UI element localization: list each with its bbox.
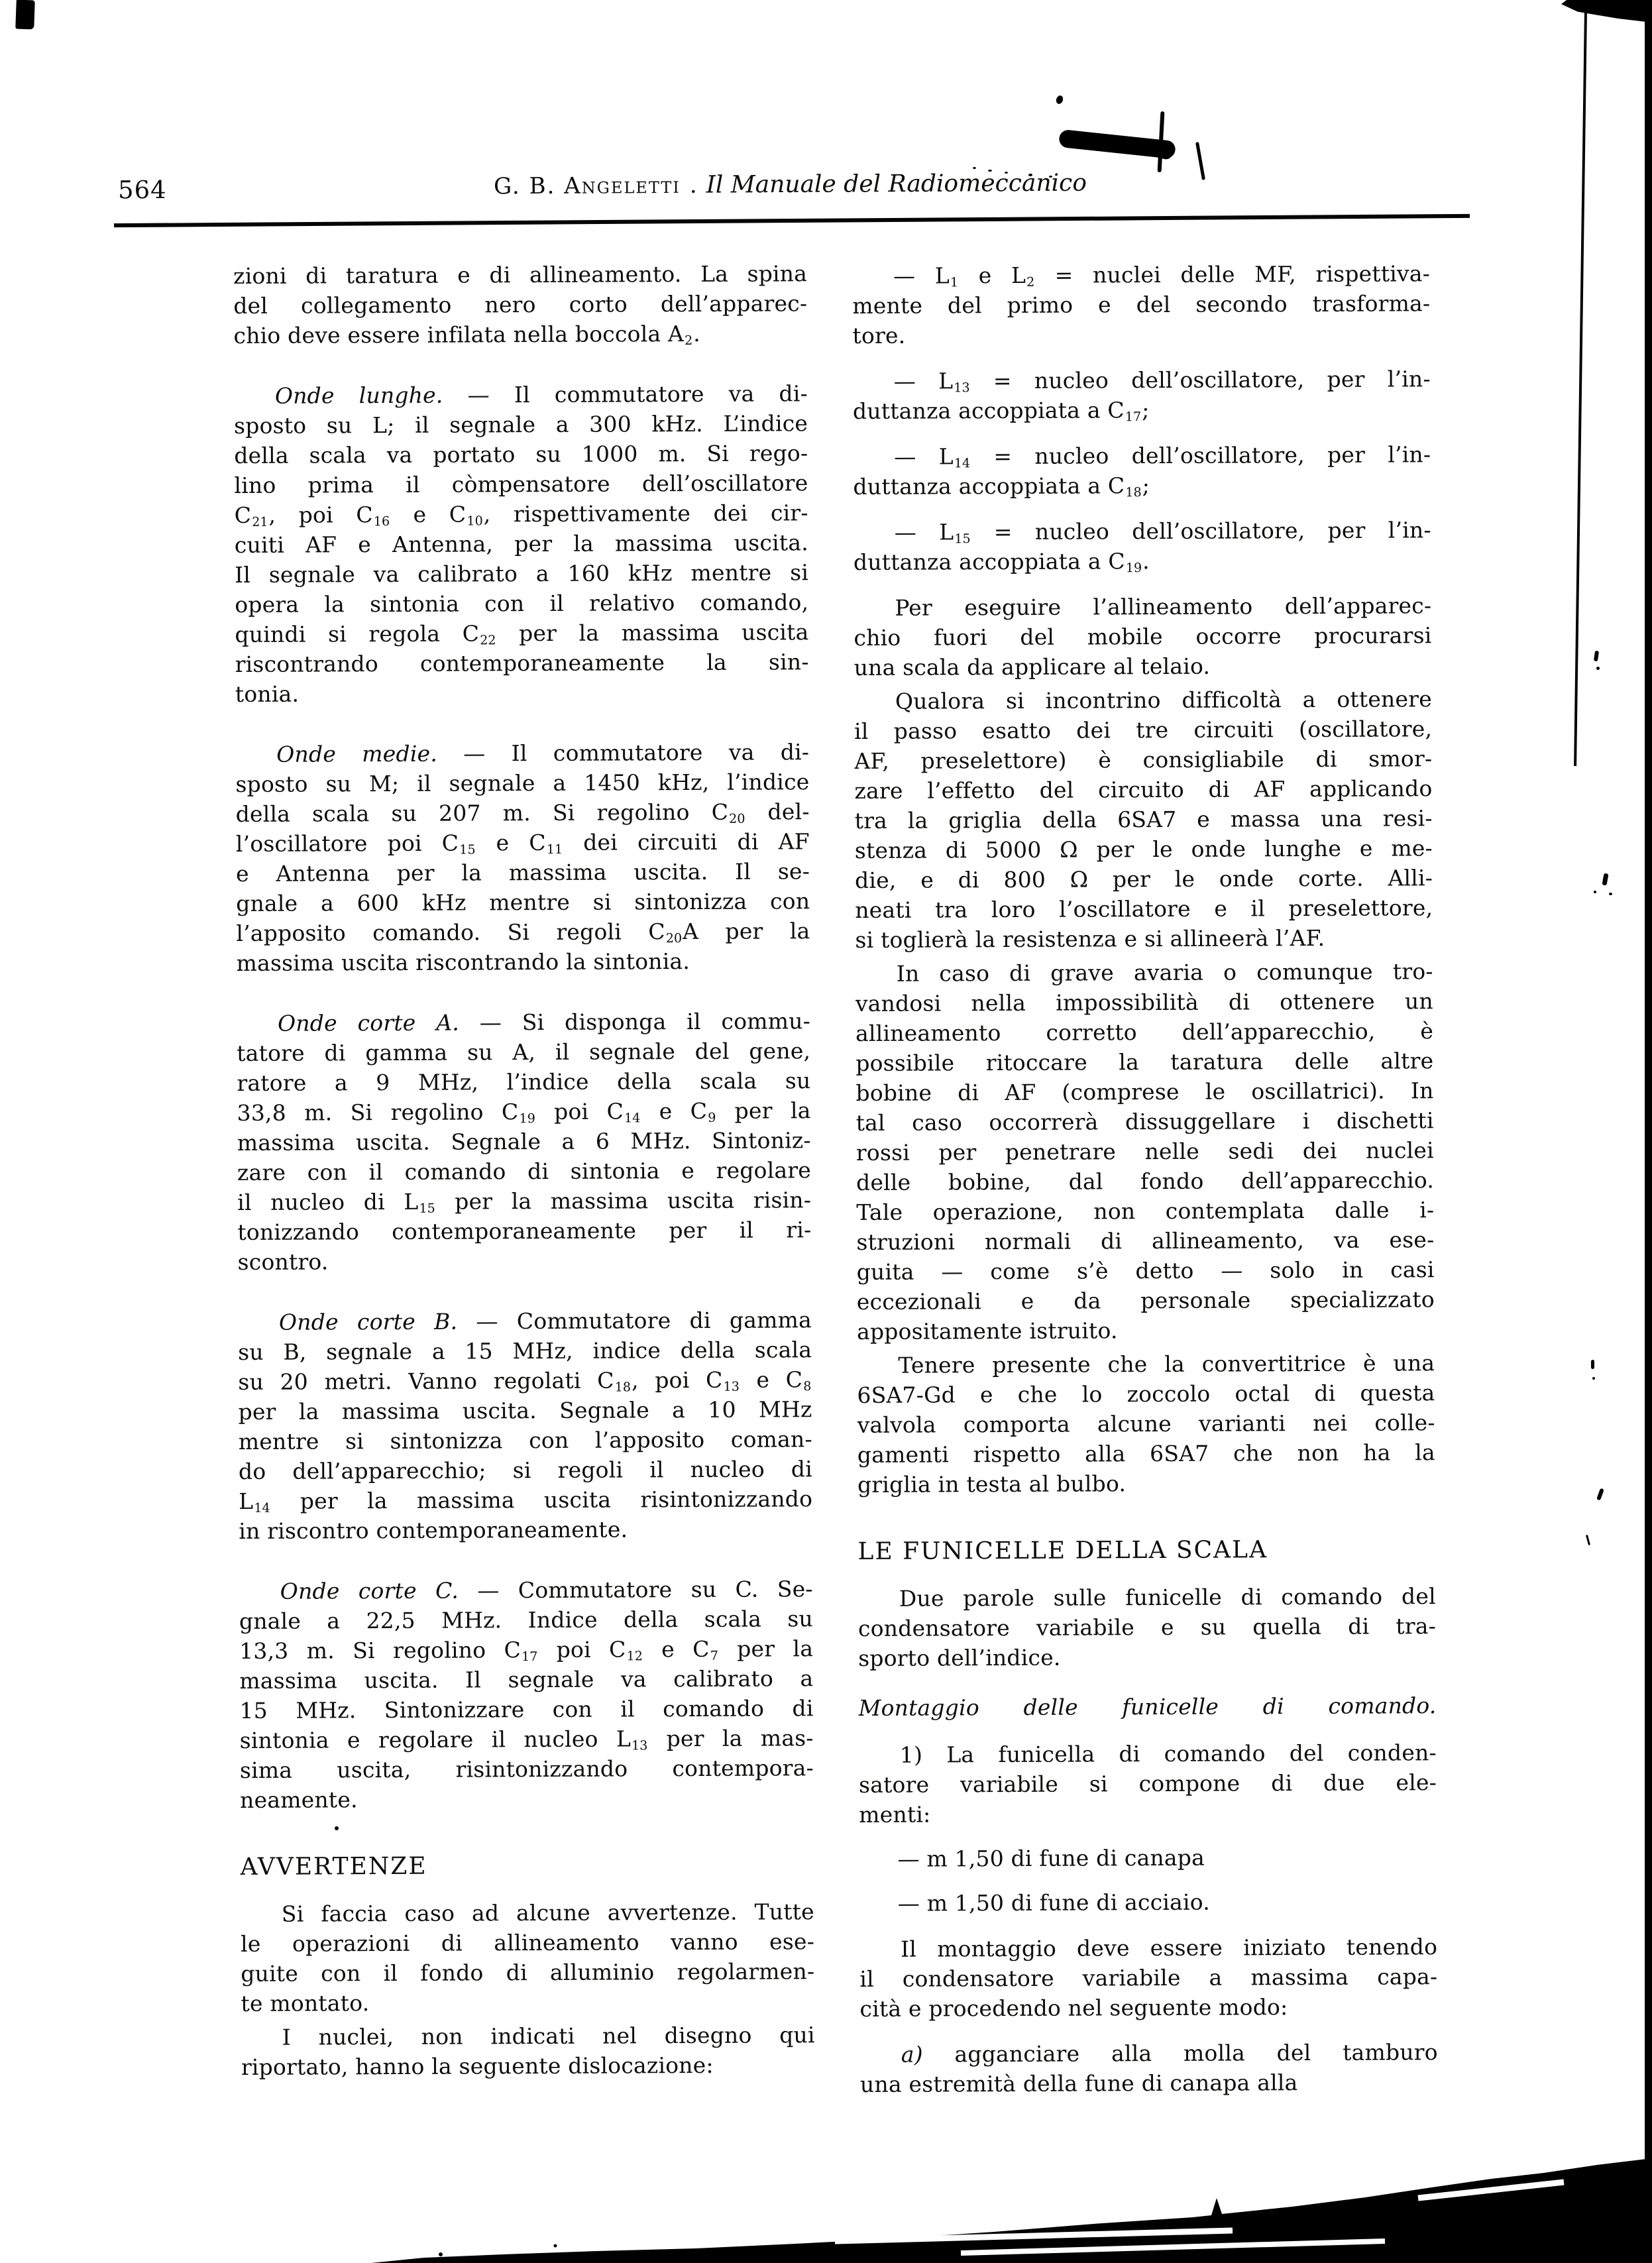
text-line: tore. xyxy=(852,318,1430,351)
text-line: te montato. xyxy=(241,1986,814,2018)
text-line: quindi si regola C22 per la massima usci… xyxy=(235,617,808,649)
text-line: — m 1,50 di fune di acciaio. xyxy=(859,1886,1437,1918)
text-line: stenza di 5000 Ω per le onde lunghe e me… xyxy=(855,833,1433,865)
text-block-def: — L1 e L2 = nuclei delle MF, rispettiva-… xyxy=(852,258,1431,351)
text-block-pg: 1) La funicella di comando del conden-sa… xyxy=(859,1738,1437,1830)
text-line: zare con il comando di sintonia e regola… xyxy=(237,1155,811,1187)
text-block-h: LE FUNICELLE DELLA SCALA xyxy=(857,1534,1435,1567)
text-line: condensatore variabile e su quella di tr… xyxy=(858,1611,1436,1643)
text-line: Si faccia caso ad alcune avvertenze. Tut… xyxy=(241,1897,814,1929)
text-block-hi: Montaggio delle funicelle di comando. xyxy=(858,1690,1436,1723)
text-line: a) agganciare alla molla del tamburo xyxy=(860,2037,1438,2070)
text-line: C21, poi C16 e C10, rispettivamente dei … xyxy=(235,498,808,530)
text-line: le operazioni di allineamento vanno ese- xyxy=(241,1926,814,1959)
text-line: e Antenna per la massima uscita. Il se- xyxy=(236,856,810,889)
page-header: 564 G. B. Angeletti.Il Manuale del Radio… xyxy=(113,165,1468,209)
scan-edge-strip-right xyxy=(1645,0,1652,2263)
text-line: rossi per penetrare nelle sedi dei nucle… xyxy=(856,1135,1434,1168)
text-line: Qualora si incontrino difficoltà a otten… xyxy=(854,684,1432,716)
text-line: valvola comporta alcune varianti nei col… xyxy=(857,1407,1435,1440)
text-line: sintonia e regolare il nucleo L13 per la… xyxy=(240,1723,814,1755)
text-line: una scala da applicare al telaio. xyxy=(854,650,1432,683)
text-block-ps: Onde corte C. — Commutatore su C. Se-gna… xyxy=(239,1574,814,1815)
text-line: Onde corte B. — Commutatore di gamma xyxy=(238,1305,812,1337)
text-line: gamenti rispetto alla 6SA7 che non ha la xyxy=(857,1437,1435,1470)
text-line: tonizzando contemporaneamente per il ri- xyxy=(237,1215,811,1247)
text-line: — L14 = nucleo dell’oscillatore, per l’i… xyxy=(853,439,1431,472)
text-line: si toglierà la resistenza e si allineerà… xyxy=(855,922,1433,955)
text-block-li: — m 1,50 di fune di acciaio. xyxy=(859,1886,1437,1918)
margin-speck xyxy=(1602,873,1608,886)
text-block-p0: zioni di taratura e di allineamento. La … xyxy=(233,258,808,351)
margin-speck xyxy=(1596,667,1600,670)
text-line: appositamente istruito. xyxy=(857,1314,1435,1347)
text-line: riscontrando contemporaneamente la sin- xyxy=(235,647,809,679)
header-separator: . xyxy=(690,172,697,199)
text-line: della scala va portato su 1000 m. Si reg… xyxy=(234,438,808,470)
text-line: In caso di grave avaria o comunque tro- xyxy=(855,956,1433,989)
text-line: possibile ritoccare la taratura delle al… xyxy=(855,1046,1433,1078)
text-line: massima uscita. Segnale a 6 MHz. Sintoni… xyxy=(237,1125,811,1158)
text-line: sposto su L; il segnale a 300 kHz. L’ind… xyxy=(234,408,808,441)
text-line: il nucleo di L15 per la massima uscita r… xyxy=(237,1185,811,1217)
text-line: allineamento corretto dell’apparecchio, … xyxy=(855,1016,1433,1048)
text-block-pg: a) agganciare alla molla del tamburouna … xyxy=(860,2037,1438,2099)
margin-speck xyxy=(1609,893,1612,895)
text-line: l’oscillatore poi C15 e C11 dei circuiti… xyxy=(236,826,810,859)
text-line: Onde lunghe. — Il commutatore va di- xyxy=(234,378,808,411)
text-line: L14 per la massima uscita risintonizzand… xyxy=(239,1484,812,1516)
text-line: Tenere presente che la convertitrice è u… xyxy=(857,1348,1435,1380)
text-line: massima uscita riscontrando la sintonia. xyxy=(237,946,810,978)
header-rule xyxy=(114,214,1470,227)
text-line: su 20 metri. Vanno regolati C18, poi C13… xyxy=(238,1364,812,1397)
column-right: — L1 e L2 = nuclei delle MF, rispettiva-… xyxy=(852,258,1438,2099)
text-block-pg: Per eseguire l’allineamento dell’apparec… xyxy=(854,590,1432,683)
margin-speck xyxy=(1592,1377,1595,1380)
text-block-ps: Onde medie. — Il commutatore va di-spost… xyxy=(235,737,810,978)
text-line: neamente. xyxy=(240,1783,814,1815)
text-line: lino prima il còmpensatore dell’oscillat… xyxy=(234,468,808,500)
text-block-p: Qualora si incontrino difficoltà a otten… xyxy=(854,684,1433,955)
text-line: zioni di taratura e di allineamento. La … xyxy=(233,258,807,291)
text-line: mente del primo e del secondo trasforma- xyxy=(852,288,1430,321)
text-line: della scala su 207 m. Si regolino C20 de… xyxy=(236,797,810,829)
text-line: — L1 e L2 = nuclei delle MF, rispettiva- xyxy=(852,258,1430,291)
header-author: G. B. Angeletti xyxy=(494,172,681,199)
text-block-def: — L14 = nucleo dell’oscillatore, per l’i… xyxy=(853,439,1431,502)
text-line: 15 MHz. Sintonizzare con il comando di xyxy=(239,1693,813,1726)
text-line: Montaggio delle funicelle di comando. xyxy=(858,1690,1436,1723)
text-line: gnale a 22,5 MHz. Indice della scala su xyxy=(239,1604,813,1636)
text-line: Il montaggio deve essere iniziato tenend… xyxy=(859,1932,1437,1964)
text-line: sima uscita, risintonizzando contempora- xyxy=(240,1753,814,1785)
margin-speck xyxy=(1594,651,1599,662)
scan-shadow-bottom xyxy=(0,2157,1652,2263)
text-line: il passo esatto dei tre circuiti (oscill… xyxy=(854,714,1432,746)
text-line: guita — come s’è detto — solo in casi xyxy=(857,1254,1435,1287)
text-line: 13,3 m. Si regolino C17 poi C12 e C7 per… xyxy=(239,1633,813,1666)
text-line: mentre si sintonizza con l’apposito coma… xyxy=(239,1424,812,1457)
margin-speck xyxy=(1596,1488,1604,1501)
text-line: satore variabile si compone di due ele- xyxy=(859,1767,1437,1800)
text-line: cuiti AF e Antenna, per la massima uscit… xyxy=(235,527,808,560)
running-title: G. B. Angeletti.Il Manuale del Radiomecc… xyxy=(113,168,1468,202)
text-line: riportato, hanno la seguente dislocazion… xyxy=(241,2050,815,2082)
text-line: duttanza accoppiata a C17; xyxy=(853,394,1431,426)
margin-speck xyxy=(1594,891,1596,893)
text-line: duttanza accoppiata a C18; xyxy=(853,469,1431,502)
text-line: struzioni normali di allineamento, va es… xyxy=(856,1225,1434,1257)
text-line: Onde medie. — Il commutatore va di- xyxy=(235,737,809,769)
column-left: zioni di taratura e di allineamento. La … xyxy=(233,258,815,2082)
scan-line-right xyxy=(1574,11,1587,766)
text-line: — L13 = nucleo dell’oscillatore, per l’i… xyxy=(853,364,1431,396)
text-line: AVVERTENZE xyxy=(240,1849,814,1882)
text-block-ps: Onde lunghe. — Il commutatore va di-spos… xyxy=(234,378,809,709)
text-line: griglia in testa al bulbo. xyxy=(857,1467,1435,1500)
text-line: tra la griglia della 6SA7 e massa una re… xyxy=(855,803,1433,836)
text-block-pg: Il montaggio deve essere iniziato tenend… xyxy=(859,1932,1438,2024)
text-line: menti: xyxy=(859,1797,1437,1830)
text-line: del collegamento nero corto dell’apparec… xyxy=(233,288,807,321)
text-block-def: — L13 = nucleo dell’oscillatore, per l’i… xyxy=(853,364,1431,426)
text-block-p: Due parole sulle funicelle di comando de… xyxy=(858,1581,1437,1673)
text-block-li: — m 1,50 di fune di canapa xyxy=(859,1842,1437,1874)
text-block-h: AVVERTENZE xyxy=(240,1849,814,1882)
text-line: 6SA7-Gd e che lo zoccolo octal di questa xyxy=(857,1378,1435,1410)
text-line: Onde corte C. — Commutatore su C. Se- xyxy=(239,1574,813,1606)
text-line: neati tra loro l’oscillatore e il presel… xyxy=(855,893,1433,925)
text-line: vandosi nella impossibilità di ottenere … xyxy=(855,986,1433,1019)
text-line: — L15 = nucleo dell’oscillatore, per l’i… xyxy=(854,515,1431,547)
text-line: guite con il fondo di alluminio regolarm… xyxy=(241,1956,814,1989)
text-line: I nuclei, non indicati nel disegno qui xyxy=(241,2020,815,2052)
scan-shadow-top-right xyxy=(1561,0,1652,23)
text-block-p: Tenere presente che la convertitrice è u… xyxy=(857,1348,1435,1500)
text-line: — m 1,50 di fune di canapa xyxy=(859,1842,1437,1874)
text-line: tatore di gamma su A, il segnale del gen… xyxy=(237,1036,810,1068)
text-line: scontro. xyxy=(237,1244,811,1277)
text-line: duttanza accoppiata a C19. xyxy=(854,545,1431,577)
text-line: massima uscita. Il segnale va calibrato … xyxy=(239,1663,813,1696)
text-line: sporto dell’indice. xyxy=(858,1641,1436,1673)
text-line: sposto su M; il segnale a 1450 kHz, l’in… xyxy=(235,767,809,799)
text-line: tal caso occorrerà dissuggellare i disch… xyxy=(856,1105,1434,1138)
text-block-p: In caso di grave avaria o comunque tro-v… xyxy=(855,956,1435,1347)
text-line: eccezionali e da personale specializzato xyxy=(857,1284,1435,1317)
text-line: delle bobine, dal fondo dell’apparecchio… xyxy=(856,1165,1434,1197)
text-line: die, e di 800 Ω per le onde corte. Alli- xyxy=(855,863,1433,895)
ink-smudge-dot xyxy=(1055,95,1064,105)
text-line: 1) La funicella di comando del conden- xyxy=(859,1738,1437,1770)
text-line: bobine di AF (comprese le oscillatrici).… xyxy=(855,1076,1433,1108)
text-line: Due parole sulle funicelle di comando de… xyxy=(858,1581,1436,1614)
text-line: per la massima uscita. Segnale a 10 MHz xyxy=(238,1394,812,1427)
text-block-def: — L15 = nucleo dell’oscillatore, per l’i… xyxy=(854,515,1431,577)
text-line: l’apposito comando. Si regoli C20A per l… xyxy=(236,916,810,948)
margin-speck xyxy=(1591,1360,1594,1369)
text-line: 33,8 m. Si regolino C19 poi C14 e C9 per… xyxy=(237,1095,811,1128)
text-line: ratore a 9 MHz, l’indice della scala su xyxy=(237,1066,810,1098)
margin-speck xyxy=(1586,1535,1590,1545)
text-line: zare l’effetto del circuito di AF applic… xyxy=(854,773,1432,806)
text-line: Il segnale va calibrato a 160 kHz mentre… xyxy=(235,557,808,590)
text-line: chio deve essere infilata nella boccola … xyxy=(233,318,807,351)
text-line: Onde corte A. — Si disponga il commu- xyxy=(237,1006,810,1038)
text-line: gnale a 600 kHz mentre si sintonizza con xyxy=(236,886,810,918)
scan-ink-blob-top-left xyxy=(15,0,35,29)
text-line: Tale operazione, non contemplata dalle i… xyxy=(856,1195,1434,1227)
text-block-p: Si faccia caso ad alcune avvertenze. Tut… xyxy=(241,1897,815,2018)
text-line: Per eseguire l’allineamento dell’apparec… xyxy=(854,590,1431,623)
text-line: tonia. xyxy=(235,677,809,709)
text-line: chio fuori del mobile occorre procurarsi xyxy=(854,620,1431,653)
text-line: do dell’apparecchio; si regoli il nucleo… xyxy=(239,1454,812,1486)
text-line: opera la sintonia con il relativo comand… xyxy=(235,587,808,620)
text-line: cità e procedendo nel seguente modo: xyxy=(859,1991,1437,2024)
text-line: una estremità della fune di canapa alla xyxy=(860,2067,1438,2099)
book-page: 564 G. B. Angeletti.Il Manuale del Radio… xyxy=(0,0,1652,2263)
header-book-title: Il Manuale del Radiomeccanico xyxy=(706,170,1087,199)
text-block-ps: Onde corte B. — Commutatore di gammasu B… xyxy=(238,1305,813,1546)
text-block-ps: Onde corte A. — Si disponga il commu-tat… xyxy=(237,1006,812,1277)
text-line: in riscontro contemporaneamente. xyxy=(239,1514,812,1546)
text-line: AF, preselettore) è consigliabile di smo… xyxy=(854,744,1432,776)
text-block-p: I nuclei, non indicati nel disegno quiri… xyxy=(241,2020,815,2082)
text-line: LE FUNICELLE DELLA SCALA xyxy=(857,1534,1435,1567)
text-line: il condensatore variabile a massima capa… xyxy=(859,1961,1437,1994)
text-line: su B, segnale a 15 MHz, indice della sca… xyxy=(238,1335,812,1367)
